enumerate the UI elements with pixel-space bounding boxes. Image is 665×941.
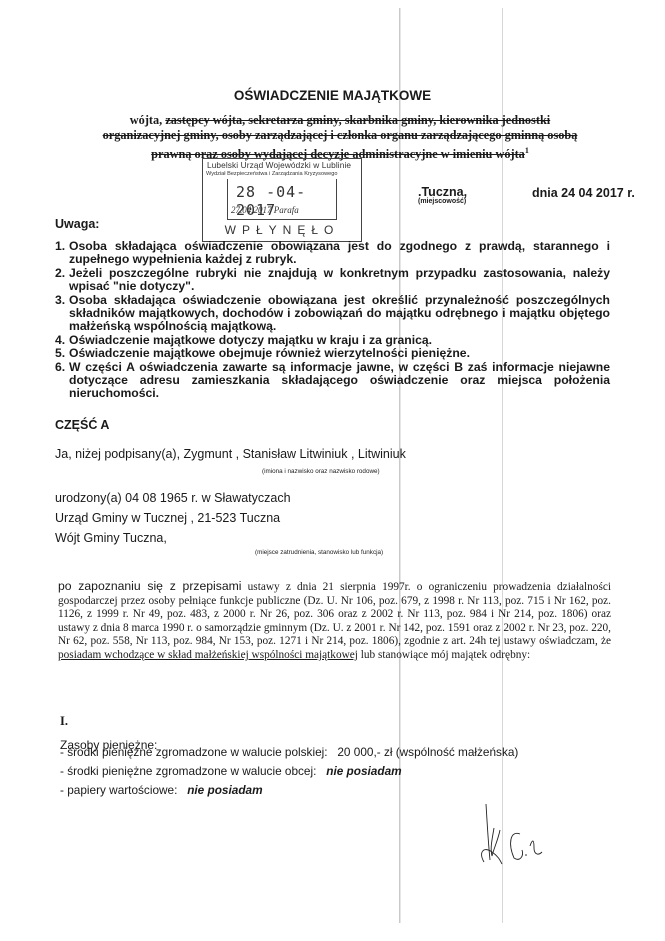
note-item: 1.Osoba składająca oświadczenie obowiąza… <box>55 240 610 267</box>
note-item: 4.Oświadczenie majątkowe dotyczy majątku… <box>55 334 610 347</box>
footnote-mark: 1 <box>525 146 529 155</box>
place-value: .Tuczna, <box>418 185 467 199</box>
signature-icon <box>480 800 560 880</box>
note-item: 6.W części A oświadczenia zawarte są inf… <box>55 361 610 401</box>
note-item: 5.Oświadczenie majątkowe obejmuje równie… <box>55 347 610 360</box>
legal-tail: lub stanowiące mój majątek odrębny: <box>358 649 530 661</box>
legal-lead: po zapoznaniu się z przepisami <box>58 579 241 593</box>
notes-list: 1.Osoba składająca oświadczenie obowiąza… <box>55 240 610 401</box>
declaration-date: dnia 24 04 2017 r. <box>532 186 635 200</box>
notes-heading: Uwaga: <box>55 217 99 231</box>
declaration-page: OŚWIADCZENIE MAJĄTKOWE wójta, zastępcy w… <box>0 0 665 941</box>
birth-line: urodzony(a) 04 08 1965 r. w Sławatyczach <box>55 491 291 505</box>
stamp-date-box: 28 -04- 2017 27.04.2017 Parafa <box>227 179 337 220</box>
legal-statement: po zapoznaniu się z przepisami ustawy z … <box>58 580 611 663</box>
document-title: OŚWIADCZENIE MAJĄTKOWE <box>0 88 665 103</box>
legal-underlined: posiadam wchodzące w skład małżeńskiej w… <box>58 649 358 661</box>
employment-label: (miejsce zatrudnienia, stanowisko lub fu… <box>255 549 383 556</box>
subtitle-kept: wójta, <box>130 113 166 127</box>
stamp-office: Lubelski Urząd Wojewódzki w Lublinie <box>207 160 351 170</box>
signer-line: Ja, niżej podpisany(a), Zygmunt , Stanis… <box>55 447 406 461</box>
part-a-heading: CZĘŚĆ A <box>55 418 109 432</box>
document-subtitle: wójta, zastępcy wójta, sekretarza gminy,… <box>100 113 580 162</box>
stamp-handwritten-note: 27.04.2017 Parafa <box>231 205 299 215</box>
asset-item: - papiery wartościowe: nie posiadam <box>60 783 263 797</box>
subtitle-struck: zastępcy wójta, sekretarza gminy, skarbn… <box>103 113 578 161</box>
asset-item: - środki pieniężne zgromadzone w walucie… <box>60 764 402 778</box>
stamp-received-label: WPŁYNĘŁO <box>203 223 361 237</box>
asset-item: - środki pieniężne zgromadzone w walucie… <box>60 745 518 759</box>
received-stamp: Lubelski Urząd Wojewódzki w Lublinie Wyd… <box>202 158 362 242</box>
place-label: (miejscowość) <box>418 198 466 205</box>
position-line: Wójt Gminy Tuczna, <box>55 531 167 545</box>
asset-value: 20 000,- zł (wspólność małżeńska) <box>337 745 518 759</box>
section-i-numeral: I. <box>60 714 68 729</box>
employer-line: Urząd Gminy w Tucznej , 21-523 Tuczna <box>55 511 280 525</box>
asset-value: nie posiadam <box>187 783 262 797</box>
stamp-department: Wydział Bezpieczeństwa i Zarządzania Kry… <box>206 171 337 177</box>
signer-label: (imiona i nazwisko oraz nazwisko rodowe) <box>262 468 380 475</box>
asset-value: nie posiadam <box>326 764 401 778</box>
note-item: 2.Jeżeli poszczególne rubryki nie znajdu… <box>55 267 610 294</box>
note-item: 3.Osoba składająca oświadczenie obowiąza… <box>55 294 610 334</box>
